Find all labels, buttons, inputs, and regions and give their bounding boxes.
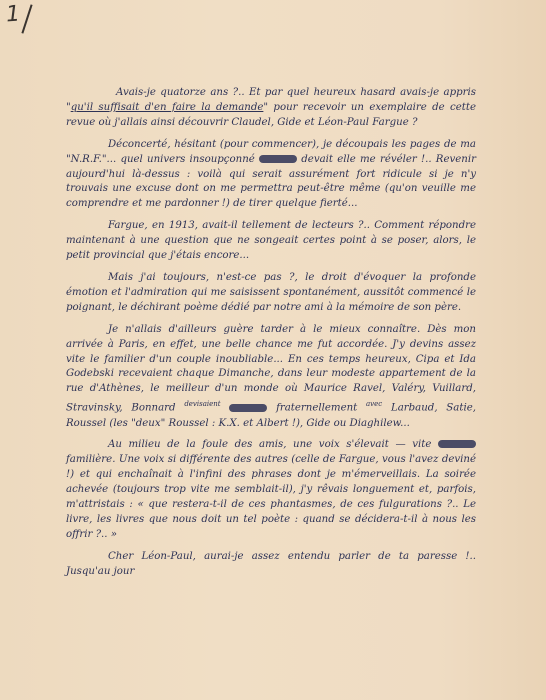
text: Cher Léon-Paul, aurai-je assez entendu p… [66,551,476,577]
page-number-slash [21,4,32,33]
crossed-out-word [259,155,297,163]
manuscript-body: Avais-je quatorze ans ?.. Et par quel he… [66,86,476,587]
text: fraternellement [276,403,357,414]
text: familière. Une voix si différente des au… [66,454,476,540]
text: Fargue, en 1913, avait-il tellement de l… [66,220,476,261]
inserted-word: avec [366,400,382,408]
page-number: 1 [5,2,21,28]
text: Mais j'ai toujours, n'est-ce pas ?, le d… [66,272,476,313]
paragraph-5: Je n'allais d'ailleurs guère tarder à le… [66,323,476,432]
paragraph-2: Déconcerté, hésitant (pour commencer), j… [66,138,476,213]
text: Je n'allais d'ailleurs guère tarder à le… [66,324,476,414]
underlined-quote: qu'il suffisait d'en faire la demande [71,102,264,113]
paragraph-6: Au milieu de la foule des amis, une voix… [66,438,476,542]
paragraph-4: Mais j'ai toujours, n'est-ce pas ?, le d… [66,271,476,316]
paragraph-7: Cher Léon-Paul, aurai-je assez entendu p… [66,550,476,580]
manuscript-page: 1 Avais-je quatorze ans ?.. Et par quel … [0,0,546,700]
inserted-word: devisaient [184,400,220,408]
crossed-out-word [229,404,267,412]
text: Au milieu de la foule des amis, une voix… [108,439,431,450]
crossed-out-word [438,440,476,448]
paragraph-1: Avais-je quatorze ans ?.. Et par quel he… [66,86,476,131]
paragraph-3: Fargue, en 1913, avait-il tellement de l… [66,219,476,264]
